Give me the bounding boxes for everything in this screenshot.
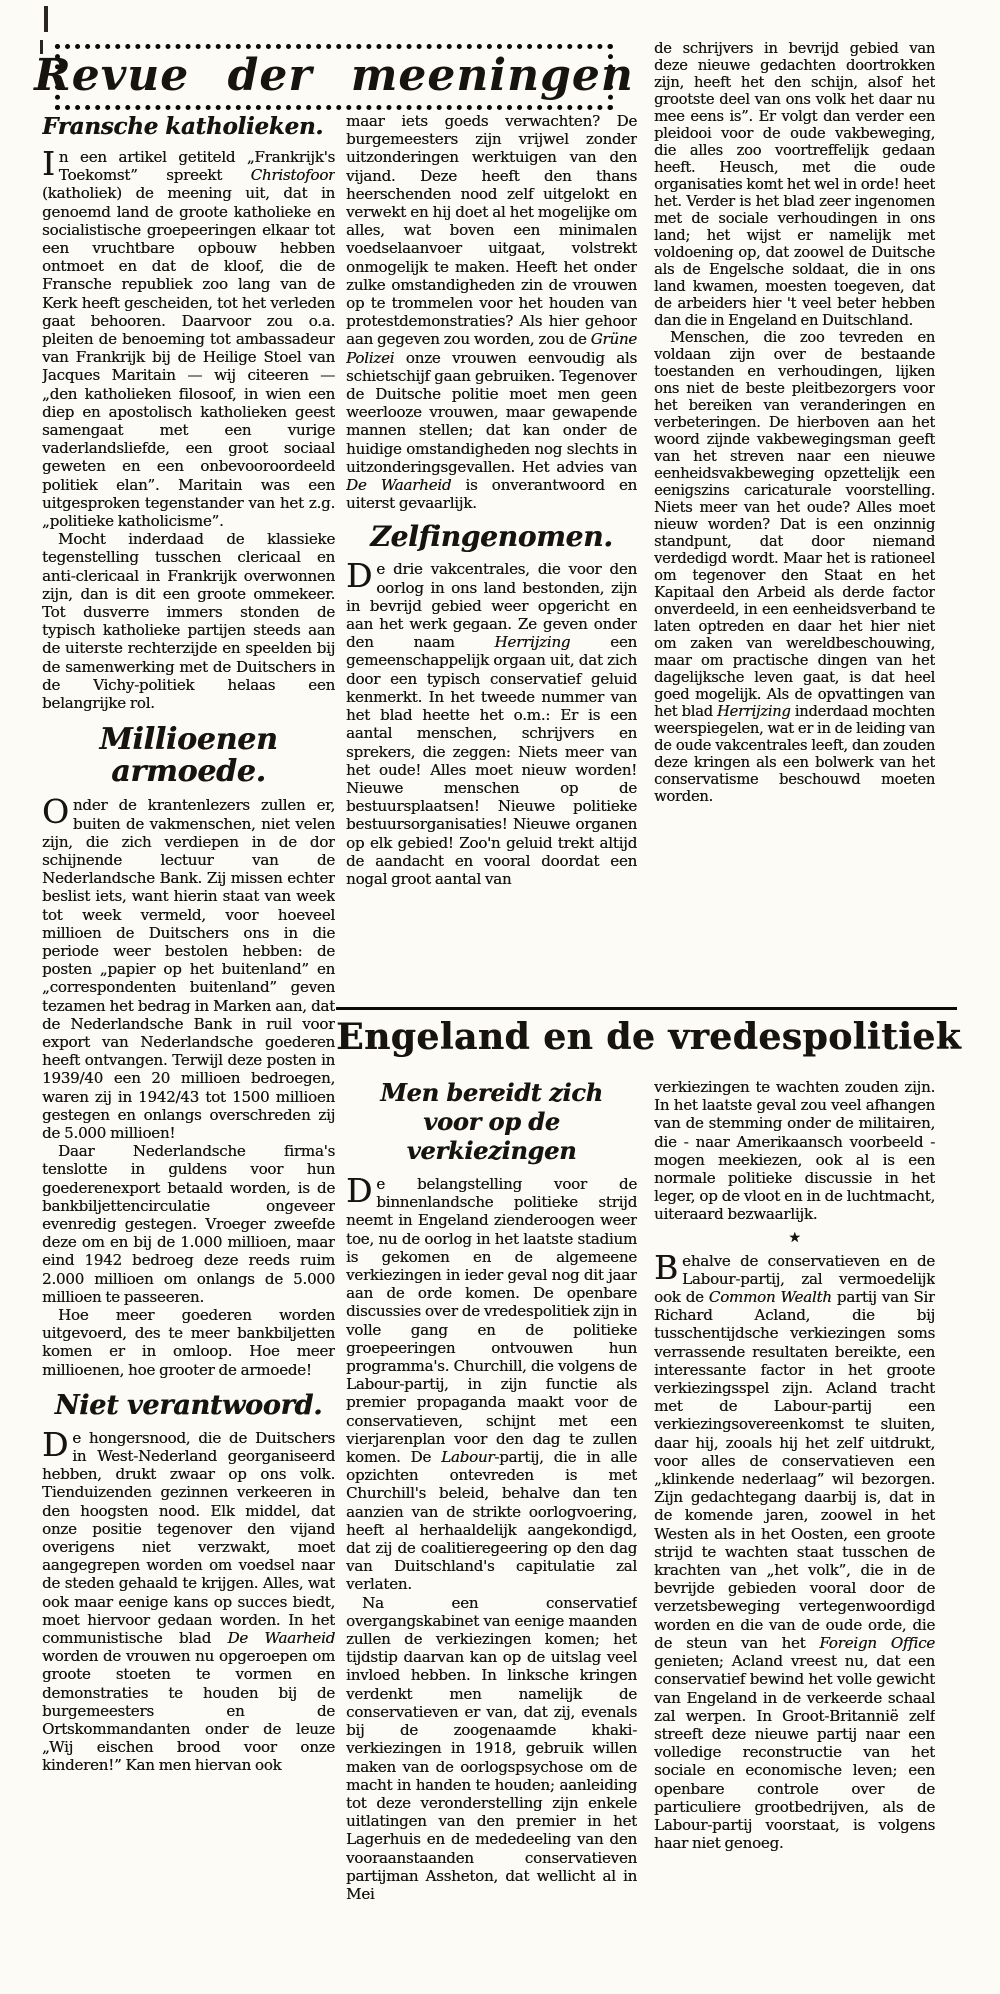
article-body-millioenen-armoede: Onder de krantenlezers zullen er, buiten… [42,796,335,1379]
section-divider-rule [336,1007,957,1010]
article-heading-fransche-katholieken: Fransche katholieken. [42,114,335,140]
drop-cap: D [42,1429,72,1459]
paragraph: Hoe meer goederen worden uitgevoerd, des… [42,1306,335,1379]
headline-engeland-vredespolitiek: Engeland en de vredespolitiek [336,1016,957,1058]
article-continuation-niet-verantwoord: maar iets goeds verwachten? De burgemees… [346,112,637,512]
article-body-fransche-katholieken: In een artikel getiteld „Frankrijk's Toe… [42,148,335,712]
column-left: Fransche katholieken. In een artikel get… [42,114,335,1916]
column-right-top: de schrijvers in bevrijd gebied van deze… [654,40,935,1004]
masthead: Revue der meeningen [55,44,613,110]
paragraph: De drie vakcentrales, die voor den oorlo… [346,560,637,888]
paragraph: verkiezingen te wachten zouden zijn. In … [654,1078,935,1224]
drop-cap: O [42,796,73,826]
paragraph: De belangstelling voor de binnenlandsche… [346,1175,637,1594]
drop-cap: D [346,560,376,590]
paragraph: De hongersnood, die de Duitschers in Wes… [42,1429,335,1775]
masthead-title: Revue der meeningen [34,50,634,101]
drop-cap: D [346,1175,376,1205]
paragraph: Onder de krantenlezers zullen er, buiten… [42,796,335,1142]
newspaper-page: Revue der meeningen Fransche katholieken… [0,0,1000,1994]
paragraph: Menschen, die zoo tevreden en voldaan zi… [654,329,935,805]
article-body-zelfingenomen: De drie vakcentrales, die voor den oorlo… [346,560,637,888]
article-heading-zelfingenomen: Zelfingenomen. [346,522,637,552]
column-england-left: Men bereidt zich voor op de verkiezingen… [346,1078,637,1940]
article-continuation-zelfingenomen: de schrijvers in bevrijd gebied van deze… [654,40,935,805]
paragraph: de schrijvers in bevrijd gebied van deze… [654,40,935,329]
article-heading-millioenen-armoede: Millioenen armoede. [42,724,335,788]
drop-cap: I [42,148,59,178]
paragraph: Na een conservatief overgangskabinet van… [346,1594,637,1903]
paragraph: Mocht inderdaad de klassieke tegenstelli… [42,530,335,712]
article-body-niet-verantwoord: De hongersnood, die de Duitschers in Wes… [42,1429,335,1775]
subhead-verkiezingen: Men bereidt zich voor op de verkiezingen [367,1078,617,1165]
article-heading-niet-verantwoord: Niet verantwoord. [42,1391,335,1421]
drop-cap: B [654,1252,682,1282]
scan-artifact [44,6,48,32]
paragraph: Behalve de conservatieven en de Labour-p… [654,1252,935,1853]
column-middle-top: maar iets goeds verwachten? De burgemees… [346,112,637,1004]
column-england-right: verkiezingen te wachten zouden zijn. In … [654,1078,935,1934]
paragraph: In een artikel getiteld „Frankrijk's Toe… [42,148,335,530]
article-continuation-england: verkiezingen te wachten zouden zijn. In … [654,1078,935,1852]
article-body-england: De belangstelling voor de binnenlandsche… [346,1175,637,1903]
star-divider: ★ [654,1229,935,1247]
paragraph: maar iets goeds verwachten? De burgemees… [346,112,637,512]
paragraph: Daar Nederlandsche firma's tenslotte in … [42,1142,335,1306]
